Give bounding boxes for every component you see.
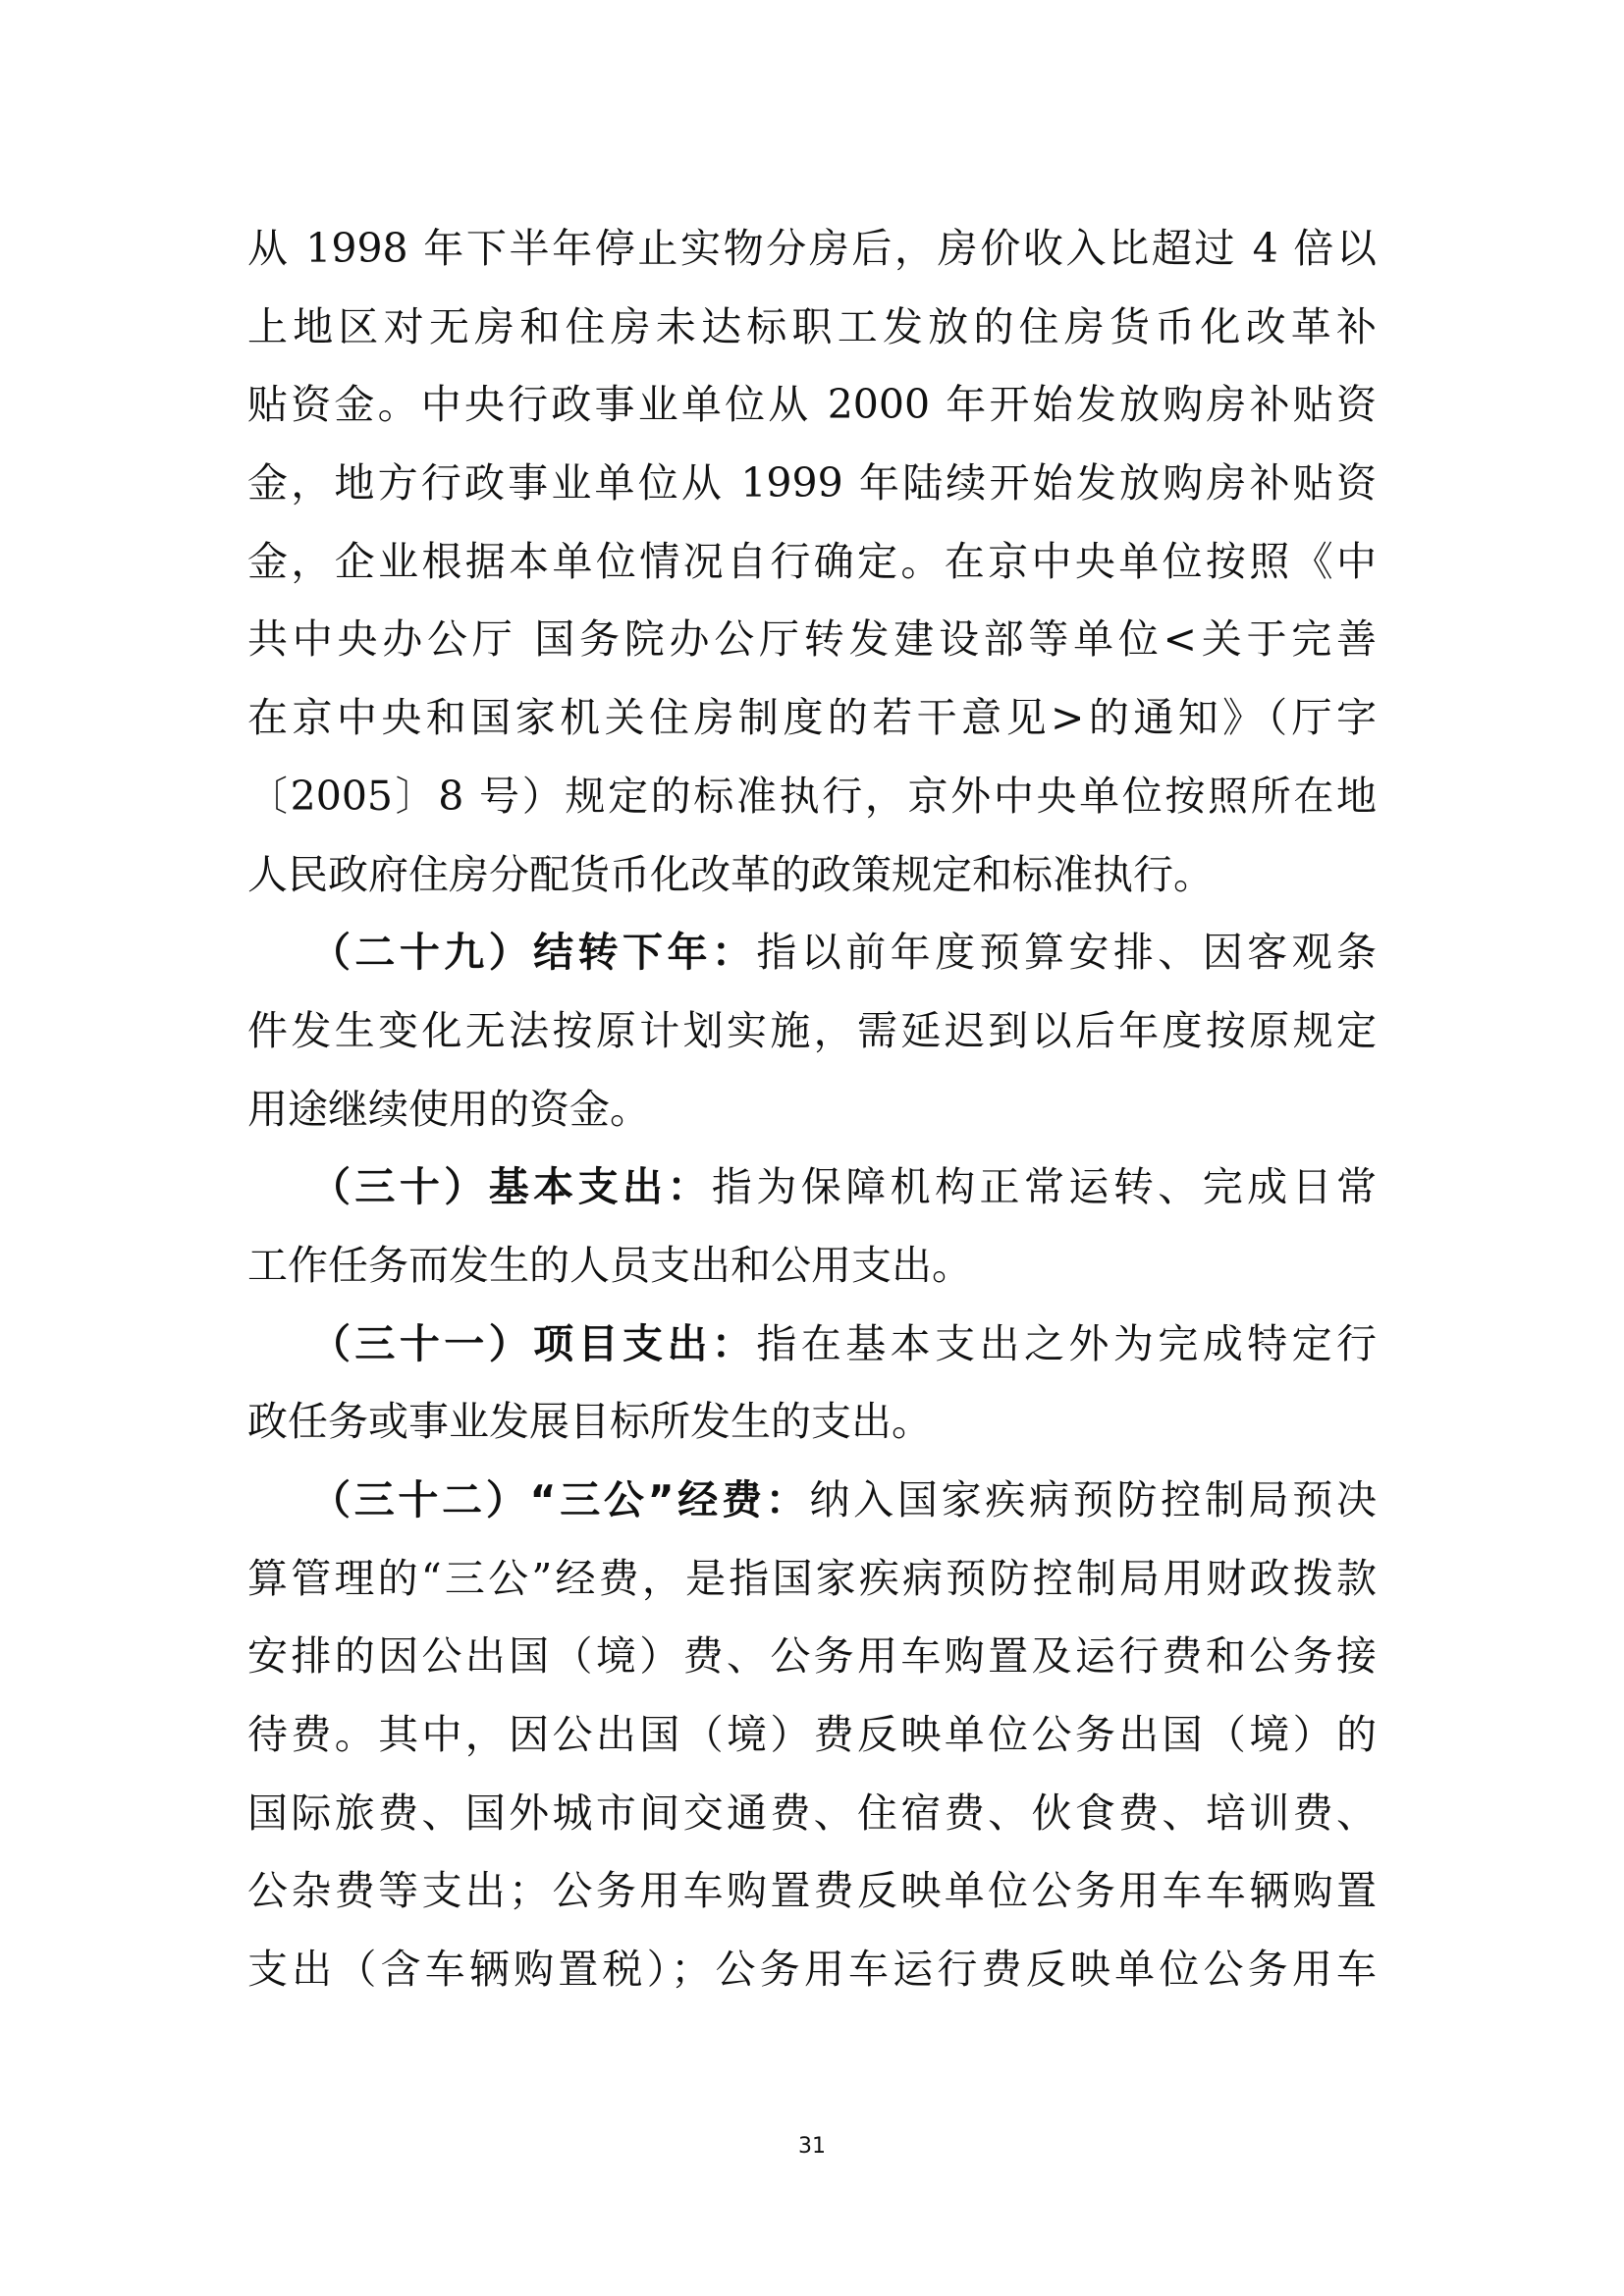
body-line: 待费。其中，因公出国（境）费反映单位公务出国（境）的 (247, 1700, 1377, 1779)
body-line: 金，地方行政事业单位从 1999 年陆续开始发放购房补贴资 (247, 449, 1377, 527)
body-line: 安排的因公出国（境）费、公务用车购置及运行费和公务接 (247, 1622, 1377, 1700)
body-line: 〔2005〕8 号）规定的标准执行，京外中央单位按照所在地 (247, 762, 1377, 840)
body-line: 在京中央和国家机关住房制度的若干意见>的通知》（厅字 (247, 683, 1377, 762)
definition-term-30: （三十）基本支出： (310, 1163, 712, 1210)
body-line: 上地区对无房和住房未达标职工发放的住房货币化改革补 (247, 293, 1377, 371)
body-line: 工作任务而发生的人员支出和公用支出。 (247, 1231, 1377, 1309)
definition-29-first-line: （二十九）结转下年：指以前年度预算安排、因客观条 (247, 918, 1377, 996)
body-line: 共中央办公厅 国务院办公厅转发建设部等单位<关于完善 (247, 605, 1377, 683)
body-line: 件发生变化无法按原计划实施，需延迟到以后年度按原规定 (247, 996, 1377, 1075)
body-line: 国际旅费、国外城市间交通费、住宿费、伙食费、培训费、 (247, 1779, 1377, 1857)
definition-text: 指以前年度预算安排、因客观条 (756, 929, 1377, 976)
definition-term-32: （三十二）“三公”经费： (310, 1476, 809, 1523)
definition-31-first-line: （三十一）项目支出：指在基本支出之外为完成特定行 (247, 1309, 1377, 1388)
body-line: 贴资金。中央行政事业单位从 2000 年开始发放购房补贴资 (247, 370, 1377, 449)
definition-30-first-line: （三十）基本支出：指为保障机构正常运转、完成日常 (247, 1152, 1377, 1231)
definition-term-29: （二十九）结转下年： (310, 929, 756, 976)
body-line: 支出（含车辆购置税）；公务用车运行费反映单位公务用车 (247, 1935, 1377, 2013)
body-line: 从 1998 年下半年停止实物分房后，房价收入比超过 4 倍以 (247, 214, 1377, 293)
body-line: 公杂费等支出；公务用车购置费反映单位公务用车车辆购置 (247, 1856, 1377, 1935)
body-line: 人民政府住房分配货币化改革的政策规定和标准执行。 (247, 840, 1377, 919)
definition-32-first-line: （三十二）“三公”经费：纳入国家疾病预防控制局预决 (247, 1466, 1377, 1544)
body-line: 金，企业根据本单位情况自行确定。在京中央单位按照《中 (247, 527, 1377, 606)
body-line: 用途继续使用的资金。 (247, 1075, 1377, 1153)
body-line: 算管理的“三公”经费，是指国家疾病预防控制局用财政拨款 (247, 1544, 1377, 1623)
definition-term-31: （三十一）项目支出： (310, 1320, 756, 1367)
definition-text: 指在基本支出之外为完成特定行 (756, 1320, 1377, 1367)
page-number: 31 (0, 2134, 1624, 2159)
definition-text: 指为保障机构正常运转、完成日常 (712, 1163, 1377, 1210)
definition-text: 纳入国家疾病预防控制局预决 (809, 1476, 1377, 1523)
body-line: 政任务或事业发展目标所发生的支出。 (247, 1387, 1377, 1466)
document-page: 从 1998 年下半年停止实物分房后，房价收入比超过 4 倍以 上地区对无房和住… (0, 0, 1624, 2296)
document-body: 从 1998 年下半年停止实物分房后，房价收入比超过 4 倍以 上地区对无房和住… (247, 214, 1377, 2013)
